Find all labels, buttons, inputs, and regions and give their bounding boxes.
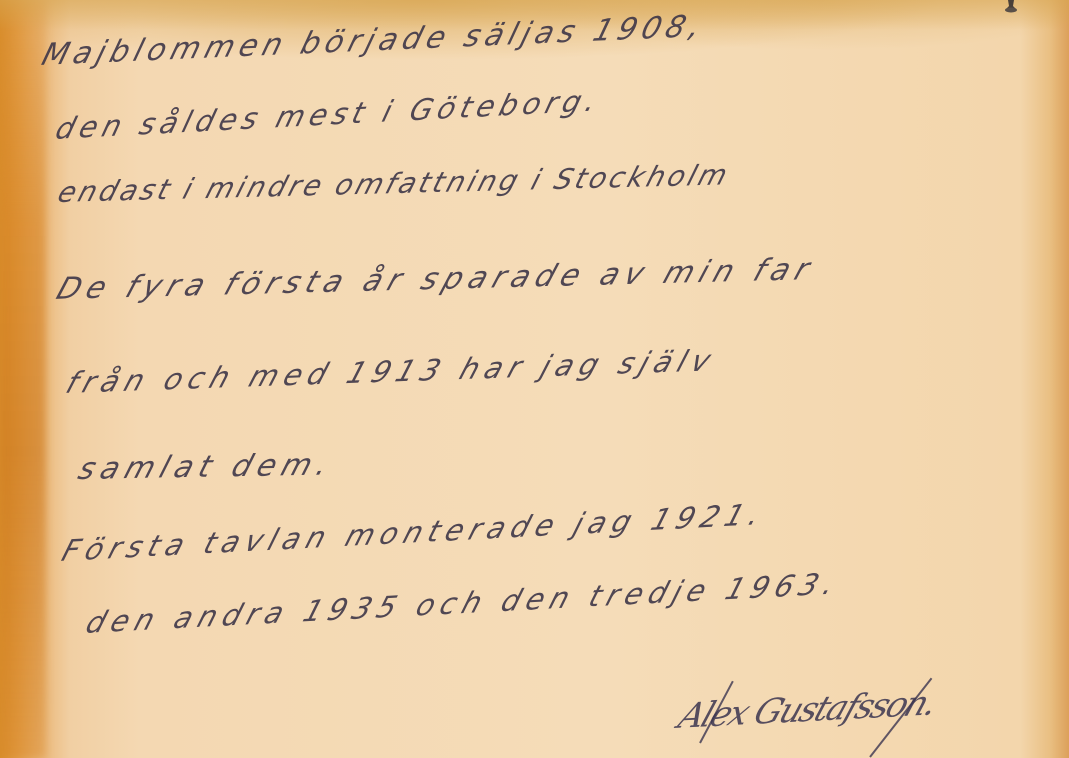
- note-line-8: den andra 1935 och den tredje 1963.: [82, 566, 845, 640]
- signature: Alex Gustafsson.: [673, 683, 941, 737]
- note-line-4: De fyra första år sparade av min far: [52, 252, 820, 307]
- note-line-3: endast i mindre omfattning i Stockholm: [54, 158, 734, 209]
- handwritten-note-paper: Majblommen började säljas 1908, den såld…: [0, 0, 1069, 758]
- pushpin-icon: [1003, 0, 1019, 14]
- note-line-7: Första tavlan monterade jag 1921.: [58, 497, 770, 568]
- note-line-6: samlat dem.: [74, 447, 338, 487]
- note-line-2: den såldes mest i Göteborg.: [52, 83, 605, 146]
- note-line-5: från och med 1913 har jag själv: [62, 343, 721, 400]
- water-stain-left: [0, 0, 46, 758]
